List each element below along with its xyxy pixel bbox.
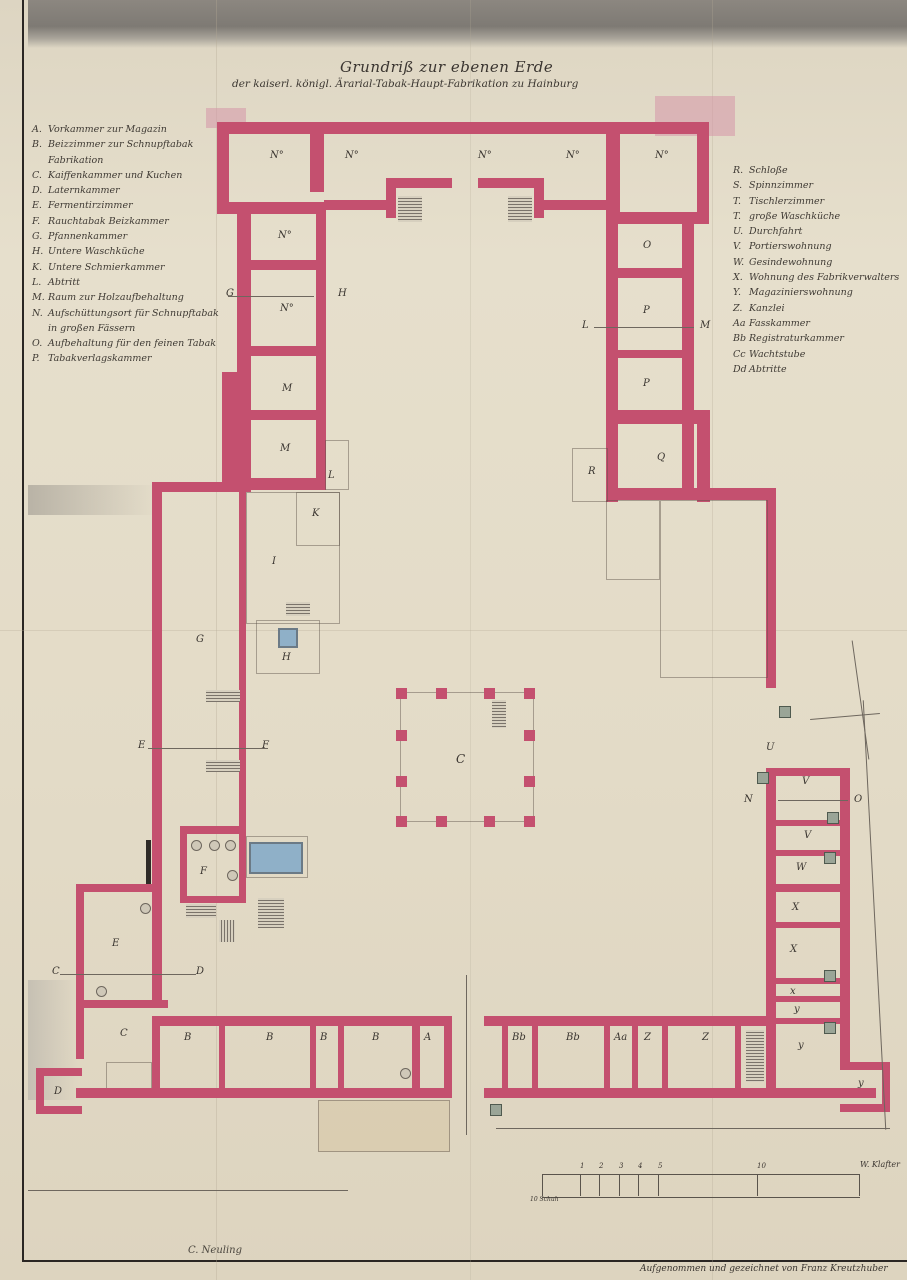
kettle-icon [191,840,202,851]
room-label: N° [270,150,284,161]
well-icon [490,1104,502,1116]
wall [606,350,694,358]
section-mark: L [582,320,589,331]
staircase [286,602,310,616]
wall [776,922,840,928]
legend-text: Untere Schmierkammer [48,260,165,275]
legend-key: H. [32,244,48,259]
wall [152,884,162,1004]
legend-key: X. [733,270,749,285]
wall-south-inner [152,1016,452,1026]
well-icon [824,852,836,864]
water-basin [278,628,298,648]
staircase [206,760,240,772]
pillar [524,730,535,741]
pillar [524,776,535,787]
room-label: Bb [566,1032,580,1043]
wall [222,410,326,420]
scale-tick [757,1174,758,1196]
section-mark: O [854,794,862,805]
legend-text: Pfannenkammer [48,229,127,244]
wall [776,996,840,1002]
wall [502,1016,508,1096]
legend-entry: T.große Waschküche [733,209,899,224]
legend-left: A.Vorkammer zur Magazin B.Beizzimmer zur… [32,122,219,367]
wall [606,488,776,500]
legend-text: Laternkammer [48,183,120,198]
wall [76,1000,168,1008]
legend-entry: Z.Kanzlei [733,301,899,316]
footer-note: Aufgenommen und gezeichnet von Franz Kre… [640,1264,888,1274]
plan-title: Grundriß zur ebenen Erde [340,58,553,76]
legend-text: Spinnzimmer [749,178,813,193]
room-outline [296,492,340,546]
legend-entry: D.Laternkammer [32,183,219,198]
plan-sheet: Grundriß zur ebenen Erde der kaiserl. kö… [0,0,907,1280]
scale-tick [859,1174,860,1196]
legend-entry: E.Fermentirzimmer [32,198,219,213]
wall [606,410,710,424]
room-label: F [200,866,207,877]
legend-text: Portierswohnung [749,239,832,254]
wall [444,1016,452,1096]
room-label: B [372,1032,379,1043]
wall [386,178,396,218]
staircase [508,196,532,222]
scale-label: 3 [619,1162,623,1170]
scale-tick [619,1174,620,1196]
section-line [148,748,268,749]
room-label: B [184,1032,191,1043]
legend-text: Fasskammer [749,316,810,331]
legend-key: G. [32,229,48,244]
wall [180,826,187,902]
room-label: D [54,1086,62,1097]
wall [152,482,222,492]
legend-entry: W.Gesindewohnung [733,255,899,270]
legend-text: Abtritt [48,275,80,290]
wall [239,826,246,902]
wall [237,260,326,270]
legend-key: Aa [733,316,749,331]
legend-entry: K.Untere Schmierkammer [32,260,219,275]
legend-text: in großen Fässern [48,321,135,336]
legend-key: Y. [733,285,749,300]
wall [662,1016,668,1096]
stove-icon [400,1068,411,1079]
legend-key: B. [32,137,48,152]
boundary-line [852,641,870,760]
kettle-icon [225,840,236,851]
legend-key: P. [32,351,48,366]
room-label: X [790,944,797,955]
legend-text: Vorkammer zur Magazin [48,122,167,137]
legend-entry: H.Untere Waschküche [32,244,219,259]
signature: C. Neuling [188,1245,242,1256]
scale-tick [658,1174,659,1196]
room-label: N° [345,150,359,161]
well-icon [757,772,769,784]
pillar [484,816,495,827]
legend-key: C. [32,168,48,183]
wall [606,268,694,278]
room-label: P [643,305,650,316]
legend-right: R.Schloße S.Spinnzimmer T.Tischlerzimmer… [733,163,899,377]
legend-text: Aufschüttungsort für Schnupftabak [48,306,219,321]
legend-key: K. [32,260,48,275]
well-icon [824,970,836,982]
legend-text: Untere Waschküche [48,244,145,259]
well-icon [779,706,791,718]
legend-key: L. [32,275,48,290]
wall [697,122,709,222]
wall [735,1016,741,1096]
legend-entry: in großen Fässern [32,321,219,336]
legend-key: Z. [733,301,749,316]
legend-text: Raum zur Holzaufbehaltung [48,290,184,305]
wall [310,1016,316,1096]
wall [222,478,326,490]
legend-key: V. [733,239,749,254]
border-line-left [22,0,24,1262]
legend-entry: R.Schloße [733,163,899,178]
wall [76,884,162,892]
legend-key: Bb [733,331,749,346]
staircase [746,1030,764,1082]
scale-tick [542,1174,543,1196]
basin-outline [246,836,308,878]
wall [217,202,317,214]
wall-north-outer [217,122,709,134]
shed-outline [606,500,660,580]
legend-entry: N.Aufschüttungsort für Schnupftabak [32,306,219,321]
wall [632,1016,638,1096]
room-label: W [796,862,806,873]
wall [239,482,246,827]
room-label: N° [478,150,492,161]
pillar [436,688,447,699]
legend-text: große Waschküche [749,209,840,224]
section-mark: M [700,320,710,331]
legend-key: T. [733,209,749,224]
legend-entry: AaFasskammer [733,316,899,331]
scale-tick [599,1174,600,1196]
wall [219,1016,225,1096]
room-label: H [282,652,291,663]
wall [840,768,850,1068]
legend-text: Kaiffenkammer und Kuchen [48,168,182,183]
room-label: N° [278,230,292,241]
scale-note: 10 Schuh [530,1196,559,1203]
room-label: Z [644,1032,651,1043]
room-label: C [120,1028,128,1039]
room-label: V [802,776,809,787]
staircase [400,214,422,222]
legend-entry: L.Abtritt [32,275,219,290]
section-mark: D [196,966,204,977]
wall [534,178,544,218]
room-label: R [588,466,596,477]
pillar [396,688,407,699]
scale-tick [638,1174,639,1196]
stove-icon [96,986,107,997]
legend-text: Rauchtabak Beizkammer [48,214,169,229]
wall [324,200,386,210]
legend-text: Wachtstube [749,347,805,362]
legend-text: Gesindewohnung [749,255,832,270]
legend-entry: F.Rauchtabak Beizkammer [32,214,219,229]
wall [544,200,606,210]
scale-label: 5 [658,1162,662,1170]
wall [532,1016,538,1096]
kettle-icon [227,870,238,881]
wall [180,826,246,834]
legend-text: Fabrikation [48,153,103,168]
boundary-line [496,1128,890,1129]
room-label: Aa [614,1032,627,1043]
room-label: M [280,443,290,454]
wall-south-inner [484,1016,776,1026]
legend-text: Abtritte [749,362,787,377]
legend-entry: S.Spinnzimmer [733,178,899,193]
scale-bar: 1 2 3 4 5 10 [542,1170,860,1198]
room-label: B [266,1032,273,1043]
room-label: N° [566,150,580,161]
pillar [396,730,407,741]
wall [36,1106,82,1114]
legend-entry: P.Tabakverlagskammer [32,351,219,366]
border-line-bottom [22,1260,907,1262]
legend-key: E. [32,198,48,213]
section-mark: G [226,288,234,299]
legend-text: Schloße [749,163,788,178]
legend-key: Dd [733,362,749,377]
legend-entry: Y.Magazinierswohnung [733,285,899,300]
legend-key: R. [733,163,749,178]
room-label: M [282,383,292,394]
room-label: L [328,470,335,481]
room-label: y [858,1078,864,1089]
legend-key: U. [733,224,749,239]
legend-entry: V.Portierswohnung [733,239,899,254]
scale-label: 10 [757,1162,766,1170]
room-label: Z [702,1032,709,1043]
pillar [396,816,407,827]
wall [840,1104,890,1112]
legend-text: Kanzlei [749,301,785,316]
legend-text: Registraturkammer [749,331,844,346]
legend-entry: B.Beizzimmer zur Schnupftabak [32,137,219,152]
section-line [594,327,694,328]
staircase [219,920,235,942]
legend-entry: M.Raum zur Holzaufbehaltung [32,290,219,305]
legend-entry: BbRegistraturkammer [733,331,899,346]
staircase [492,700,506,728]
wall [217,122,229,214]
wall [412,1016,420,1096]
boundary-line [28,1190,348,1191]
plan-subtitle: der kaiserl. königl. Ärarial-Tabak-Haupt… [232,78,578,90]
legend-entry: DdAbtritte [733,362,899,377]
scale-label: 4 [638,1162,642,1170]
section-line [228,296,314,297]
legend-key: F. [32,214,48,229]
staircase [186,904,216,918]
legend-entry: Fabrikation [32,153,219,168]
room-label: E [112,938,119,949]
room-label: O [643,240,651,251]
legend-key: O. [32,336,48,351]
room-label: B [320,1032,327,1043]
legend-text: Aufbehaltung für den feinen Tabak [48,336,216,351]
wall [338,1016,344,1096]
legend-key: M. [32,290,48,305]
pillar [396,776,407,787]
room-label: U [766,742,774,753]
wall-south-outer [484,1088,876,1098]
section-line [60,974,196,975]
room-label: Q [657,452,665,463]
legend-text: Wohnung des Fabrikverwalters [749,270,899,285]
legend-key: D. [32,183,48,198]
legend-key: A. [32,122,48,137]
legend-text: Magazinierswohnung [749,285,853,300]
kettle-icon [209,840,220,851]
room-label: Bb [512,1032,526,1043]
legend-key: Cc [733,347,749,362]
scan-shadow-top [28,0,907,48]
annex-outline [325,440,349,490]
room-label: N° [280,303,294,314]
legend-text: Fermentirzimmer [48,198,133,213]
boundary-line [810,713,880,720]
room-label: A [424,1032,431,1043]
wall [604,1016,610,1096]
wall [776,884,850,892]
staircase [206,690,240,702]
courtyard-pavilion [400,692,534,822]
wall [76,884,84,1059]
legend-text: Beizzimmer zur Schnupftabak [48,137,193,152]
scale-label: 2 [599,1162,603,1170]
room-label: X [792,902,799,913]
legend-text: Durchfahrt [749,224,802,239]
section-line [466,975,467,1135]
section-mark: E [138,740,145,751]
section-line [778,800,848,801]
pillar [524,688,535,699]
shed-outline [660,500,768,678]
room-label: y [798,1040,804,1051]
scale-label: 1 [580,1162,584,1170]
section-mark: F [262,740,269,751]
pillar [484,688,495,699]
wall-south-outer [76,1088,452,1098]
dark-wall-marking [146,840,151,888]
forecourt-outline [318,1100,450,1152]
scale-tick [580,1174,581,1196]
legend-entry: O.Aufbehaltung für den feinen Tabak [32,336,219,351]
legend-entry: X.Wohnung des Fabrikverwalters [733,270,899,285]
wall-west-outer [152,482,162,902]
legend-key: W. [733,255,749,270]
legend-entry: T.Tischlerzimmer [733,194,899,209]
wall [766,768,776,1088]
legend-entry: A.Vorkammer zur Magazin [32,122,219,137]
section-mark: N [744,794,753,805]
hearth-outline [106,1062,152,1090]
staircase [258,898,284,928]
legend-entry: U.Durchfahrt [733,224,899,239]
wall [310,122,324,192]
well-icon [827,812,839,824]
room-label: y [794,1004,800,1015]
room-label: K [312,508,319,519]
room-label: x [790,986,796,997]
legend-key: N. [32,306,48,321]
legend-key: S. [733,178,749,193]
wall [222,372,242,492]
legend-text: Tischlerzimmer [749,194,824,209]
well-icon [824,1022,836,1034]
legend-key: T. [733,194,749,209]
legend-entry: C.Kaiffenkammer und Kuchen [32,168,219,183]
room-label: P [643,378,650,389]
wall [180,896,246,903]
legend-entry: G.Pfannenkammer [32,229,219,244]
room-label: V [804,830,811,841]
room-label: I [272,556,276,567]
wall [152,1016,160,1096]
courtyard-label: C [456,752,465,766]
fold-line [470,0,471,1280]
wall [606,122,620,222]
scan-shadow-left [28,485,158,515]
section-mark: C [52,966,60,977]
scale-bar-frame [542,1174,860,1198]
room-label: G [196,634,204,645]
room-label: N° [655,150,669,161]
stove-icon [140,903,151,914]
wall [766,768,850,776]
pillar [436,816,447,827]
scale-unit: W. Klafter [860,1160,900,1169]
section-mark: H [338,288,347,299]
wall [237,346,326,356]
legend-entry: CcWachtstube [733,347,899,362]
pillar [524,816,535,827]
legend-text: Tabakverlagskammer [48,351,152,366]
